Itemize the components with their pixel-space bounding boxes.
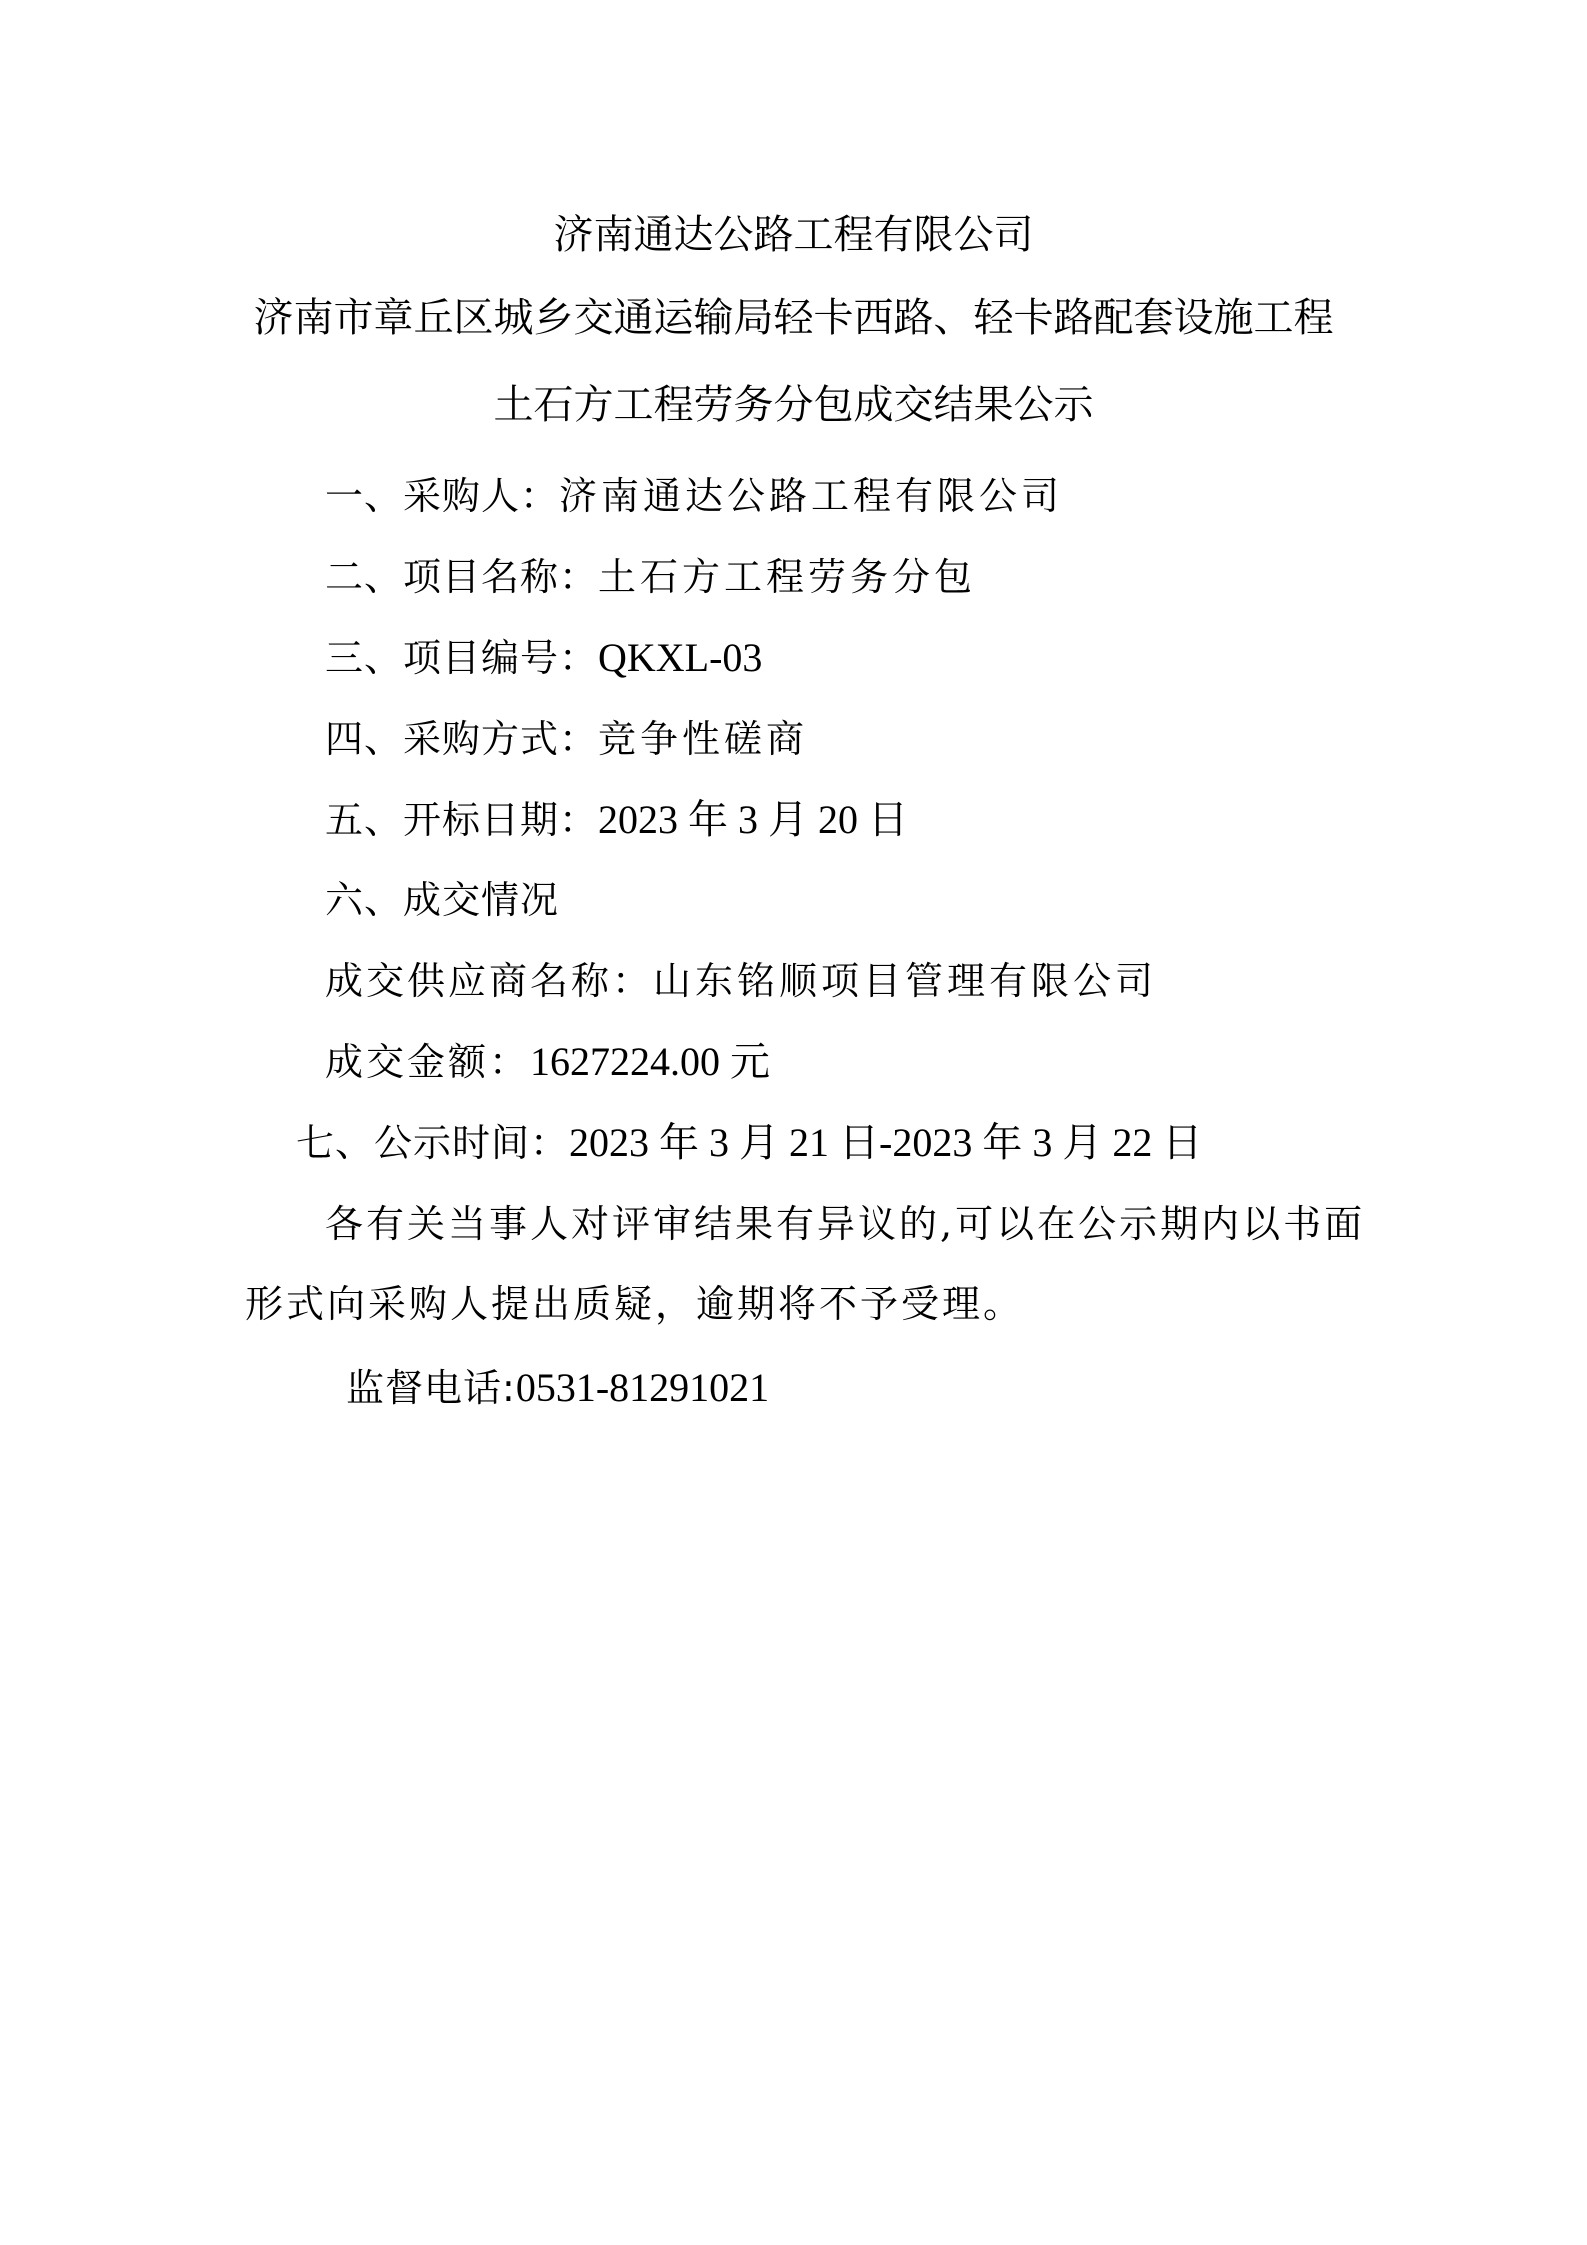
supervision-value: 0531-81291021 bbox=[516, 1365, 769, 1410]
item-purchaser: 一、采购人：济南通达公路工程有限公司 bbox=[325, 471, 1063, 521]
deal-amount: 成交金额：1627224.00 元 bbox=[325, 1037, 770, 1087]
supplier-label: 成交供应商名称： bbox=[325, 959, 653, 1003]
amount-label: 成交金额： bbox=[325, 1040, 530, 1084]
title-project: 济南市章丘区城乡交通运输局轻卡西路、轻卡路配套设施工程 bbox=[0, 293, 1587, 343]
item-procurement-method: 四、采购方式：竞争性磋商 bbox=[325, 714, 808, 764]
publicity-label: 七、公示时间： bbox=[296, 1121, 569, 1165]
item-label: 三、项目编号： bbox=[325, 636, 598, 680]
amount-value: 1627224.00 元 bbox=[530, 1039, 770, 1084]
item-project-number: 三、项目编号：QKXL-03 bbox=[325, 633, 762, 683]
item-bid-opening-date: 五、开标日期：2023 年 3 月 20 日 bbox=[325, 795, 908, 845]
title-company: 济南通达公路工程有限公司 bbox=[0, 210, 1587, 260]
item-label: 二、项目名称： bbox=[325, 555, 598, 599]
title-announcement: 土石方工程劳务分包成交结果公示 bbox=[0, 380, 1587, 430]
item-label: 五、开标日期： bbox=[325, 798, 598, 842]
item-deal-status: 六、成交情况 bbox=[325, 875, 559, 925]
item-value: QKXL-03 bbox=[598, 635, 762, 680]
item-value: 济南通达公路工程有限公司 bbox=[559, 474, 1063, 518]
supervision-label: 监督电话: bbox=[346, 1366, 516, 1410]
publicity-period: 七、公示时间：2023 年 3 月 21 日-2023 年 3 月 22 日 bbox=[296, 1118, 1202, 1168]
item-value: 竞争性磋商 bbox=[598, 717, 808, 761]
item-label: 四、采购方式： bbox=[325, 717, 598, 761]
supervision-phone: 监督电话:0531-81291021 bbox=[346, 1363, 769, 1413]
item-value: 土石方工程劳务分包 bbox=[598, 555, 976, 599]
notice-line-2: 形式向采购人提出质疑，逾期将不予受理。 bbox=[245, 1279, 1024, 1329]
item-label: 六、成交情况 bbox=[325, 878, 559, 922]
item-label: 一、采购人： bbox=[325, 474, 559, 518]
supplier-value: 山东铭顺项目管理有限公司 bbox=[653, 959, 1157, 1003]
publicity-value: 2023 年 3 月 21 日-2023 年 3 月 22 日 bbox=[569, 1120, 1202, 1165]
notice-line-1: 各有关当事人对评审结果有异议的,可以在公示期内以书面 bbox=[325, 1199, 1365, 1249]
item-project-name: 二、项目名称：土石方工程劳务分包 bbox=[325, 552, 976, 602]
item-value: 2023 年 3 月 20 日 bbox=[598, 797, 908, 842]
deal-supplier: 成交供应商名称：山东铭顺项目管理有限公司 bbox=[325, 956, 1157, 1006]
